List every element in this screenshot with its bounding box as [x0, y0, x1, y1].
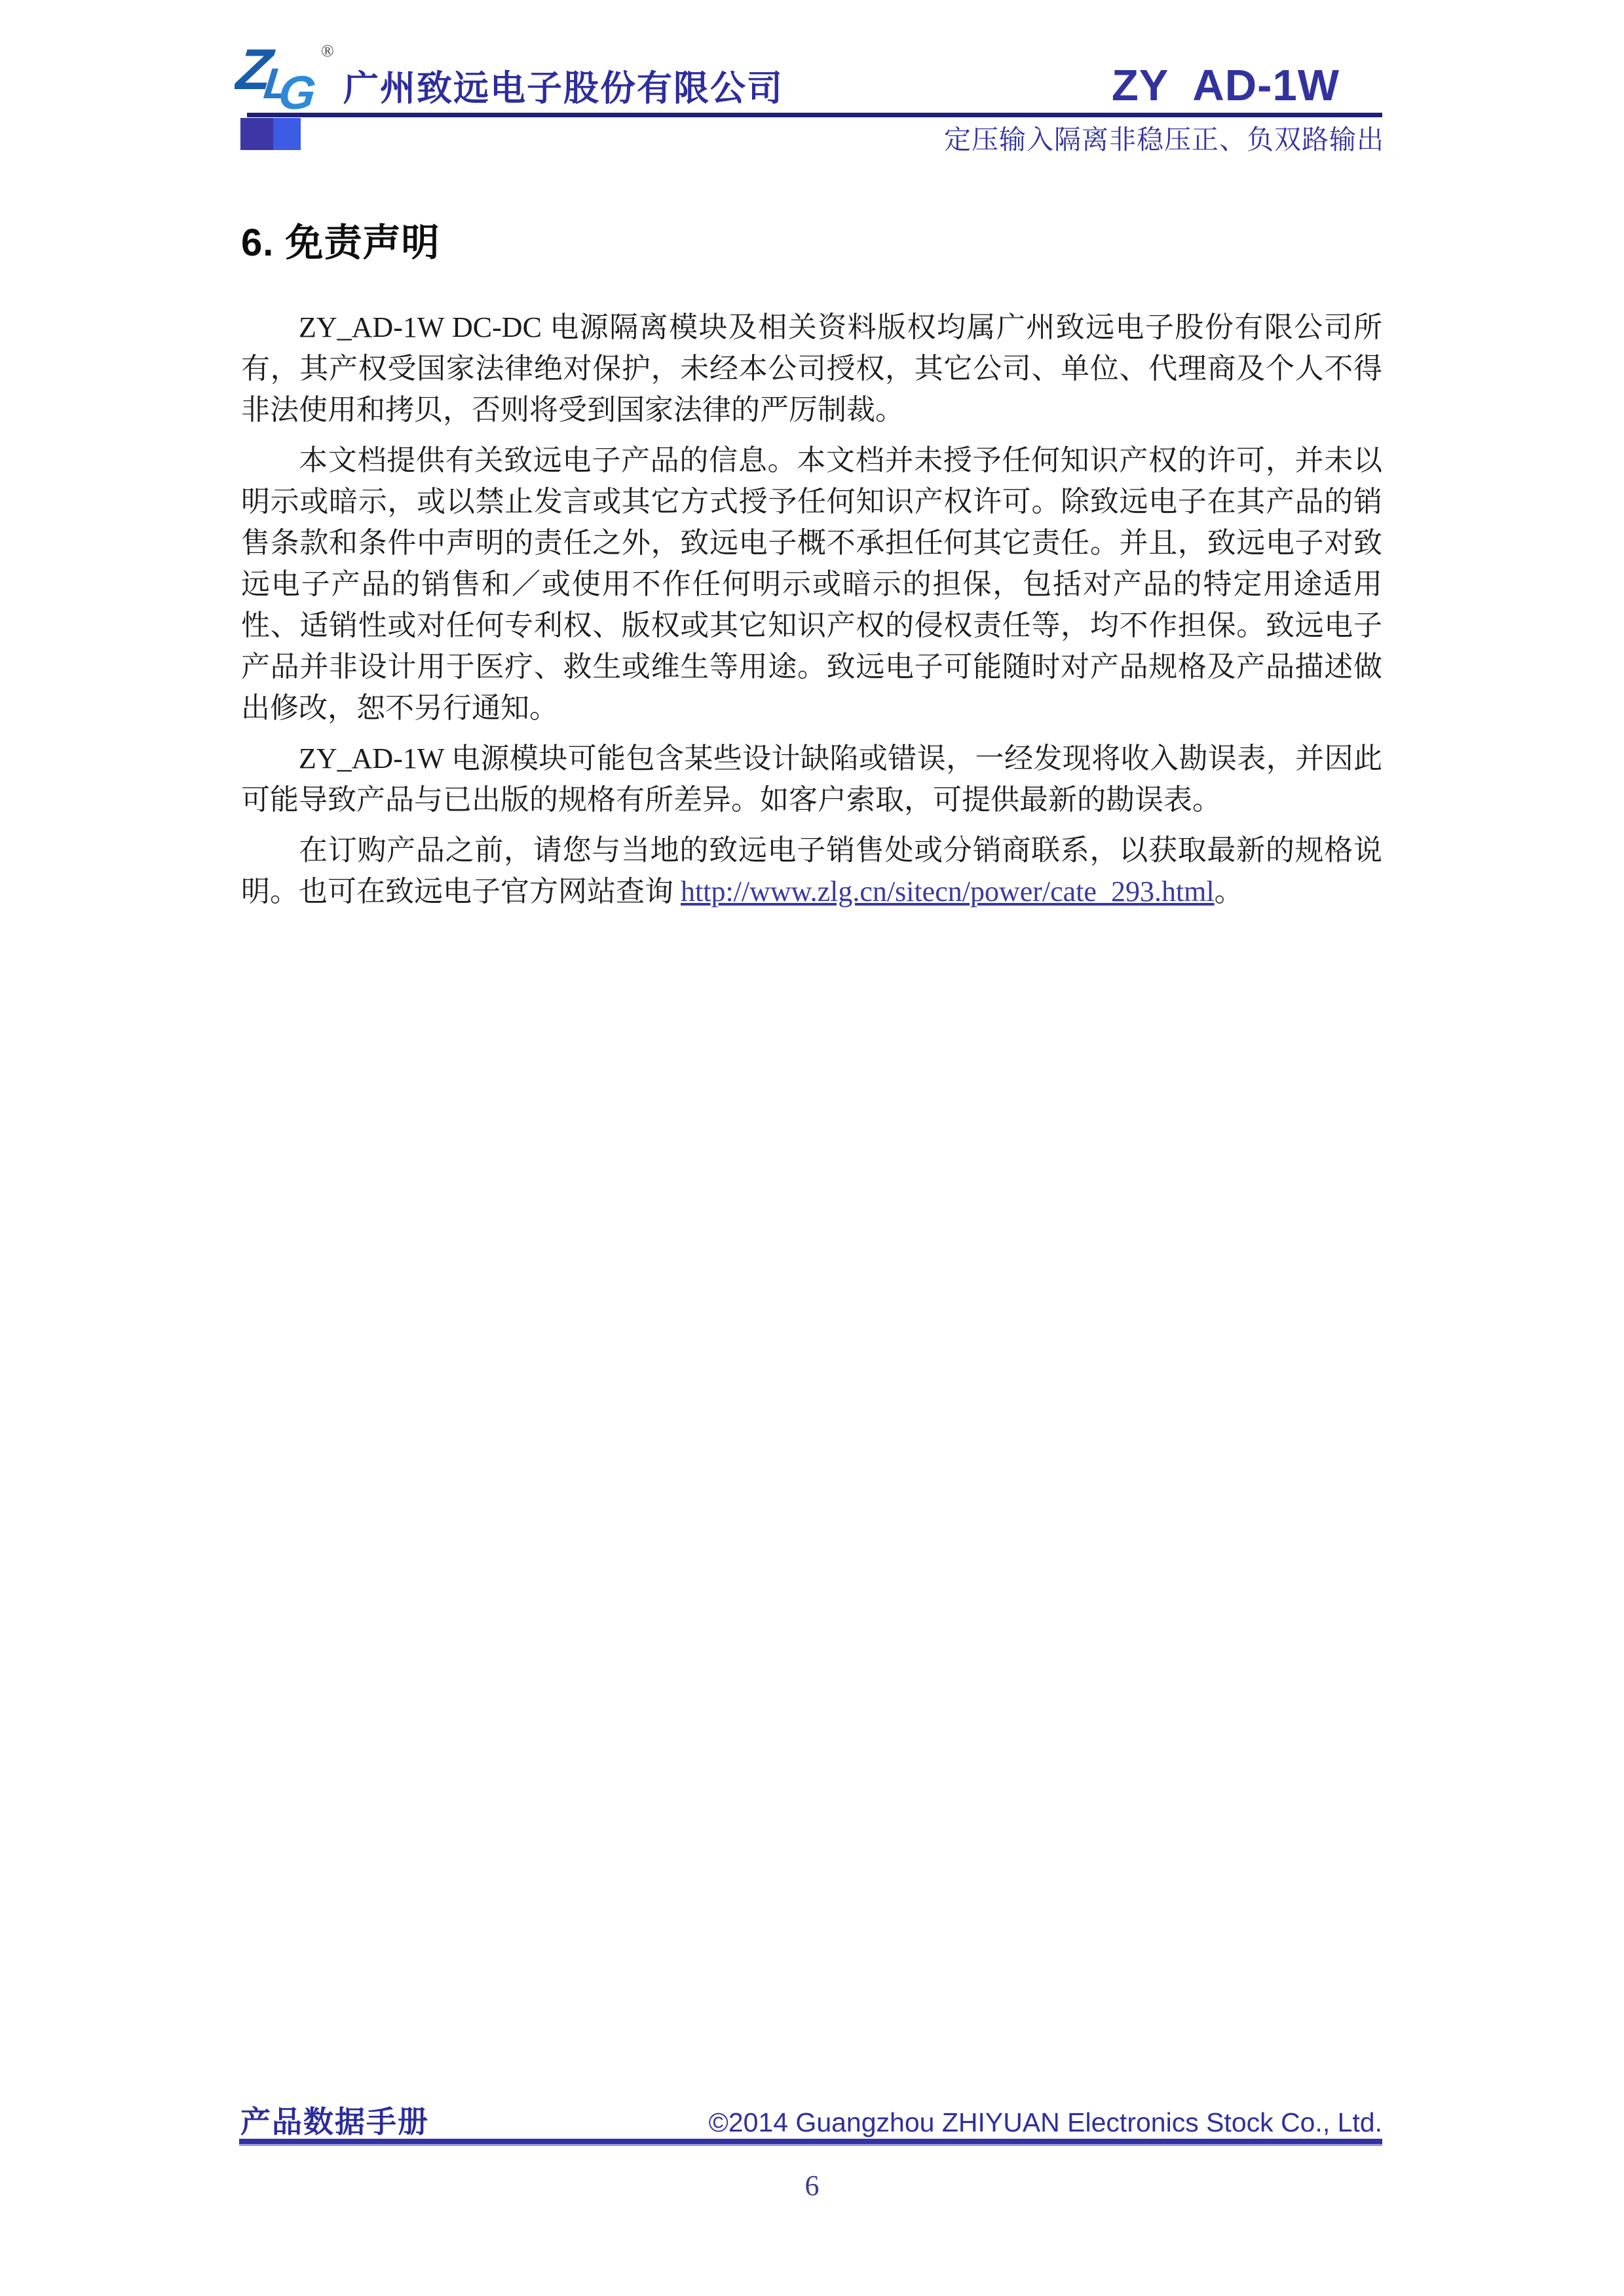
main-content: 6. 免责声明 ZY_AD-1W DC-DC 电源隔离模块及相关资料版权均属广州… — [241, 220, 1382, 921]
page-number: 6 — [0, 2169, 1624, 2202]
datasheet-page: Z L G ® 广州致远电子股份有限公司 ZY AD-1W 定压输入隔离非稳压正… — [0, 0, 1624, 2296]
page-footer: 产品数据手册 ©2014 Guangzhou ZHIYUAN Electroni… — [240, 2105, 1382, 2139]
paragraph-copyright: ZY_AD-1W DC-DC 电源隔离模块及相关资料版权均属广州致远电子股份有限… — [241, 307, 1382, 430]
paragraph-license: 本文档提供有关致远电子产品的信息。本文档并未授予任何知识产权的许可，并未以明示或… — [241, 440, 1382, 729]
section-title: 6. 免责声明 — [241, 220, 1382, 266]
paragraph-errata: ZY_AD-1W 电源模块可能包含某些设计缺陷或错误，一经发现将收入勘误表，并因… — [241, 738, 1382, 820]
footer-rule — [239, 2139, 1382, 2146]
paragraph-ordering: 在订购产品之前，请您与当地的致远电子销售处或分销商联系，以获取最新的规格说明。也… — [241, 830, 1382, 912]
accent-square-left — [240, 118, 273, 150]
company-name: 广州致远电子股份有限公司 — [343, 68, 784, 109]
registered-mark-icon: ® — [321, 41, 334, 60]
footer-copyright: ©2014 Guangzhou ZHIYUAN Electronics Stoc… — [709, 2106, 1382, 2139]
header-rule — [247, 113, 1382, 117]
ordering-text-after-link: 。 — [1215, 875, 1243, 908]
header-accent-square — [240, 118, 301, 150]
accent-square-right — [273, 118, 301, 150]
footer-doc-type: 产品数据手册 — [240, 2105, 429, 2139]
product-subtitle: 定压输入隔离非稳压正、负双路输出 — [944, 124, 1384, 155]
website-link[interactable]: http://www.zlg.cn/sitecn/power/cate_293.… — [681, 875, 1215, 908]
product-code: ZY AD-1W — [1112, 62, 1340, 110]
svg-text:G: G — [276, 67, 318, 114]
zlg-logo-icon: Z L G ® — [235, 41, 339, 114]
